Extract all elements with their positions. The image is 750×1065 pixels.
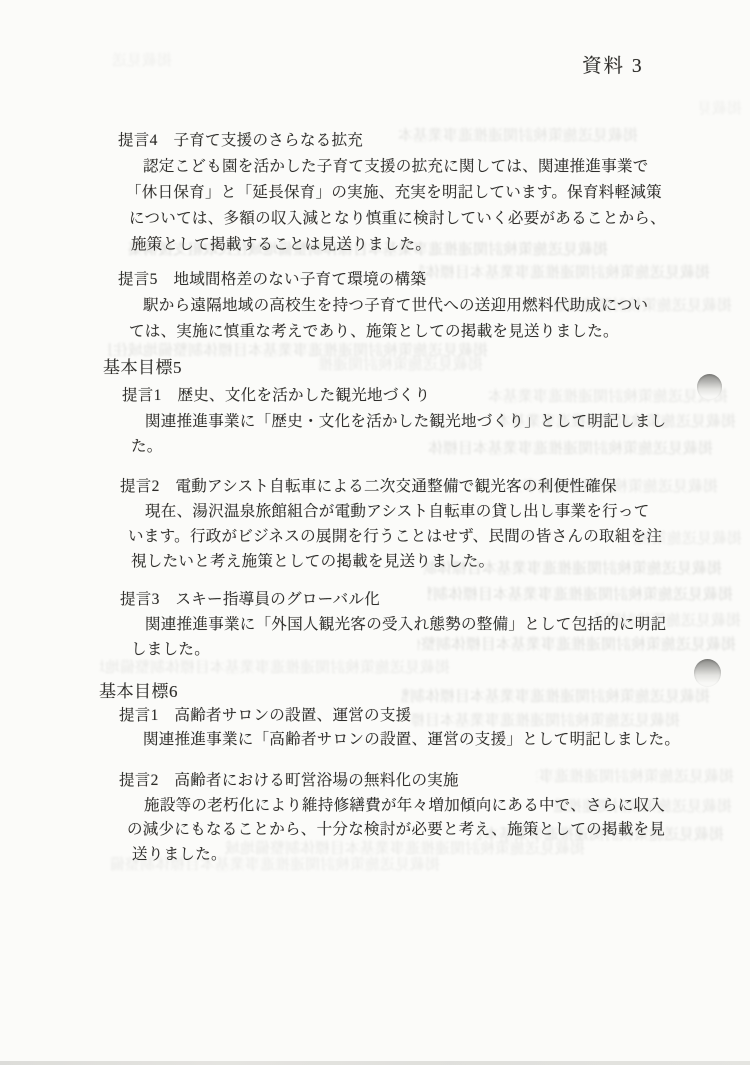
- bleed-through-text-artifact: 掲載見送施策検討関連推進事業基本目標体制整備地域住民取組支援構築実施明記包括的温…: [112, 52, 172, 71]
- scan-bottom-edge-artifact: [0, 1061, 750, 1065]
- goal-5-heading: 基本目標5: [103, 358, 182, 378]
- paragraph-line: 「休日保育」と「延長保育」の実施、充実を明記しています。保育料軽減策: [126, 183, 662, 203]
- paragraph-line: 関連推進事業に「歴史・文化を活かした観光地づくり」として明記しまし: [145, 412, 666, 432]
- doc-number-label: 資料 3: [582, 50, 644, 78]
- scan-corner-artifact: [0, 1033, 238, 1060]
- paragraph-line: います。行政がビジネスの展開を行うことはせず、民間の皆さんの取組を注: [128, 527, 662, 547]
- bleed-through-text-artifact: 掲載見送施策検討関連推進事業基本目標体制整備地域住民取組支援構築実施明記包括的温…: [412, 712, 680, 731]
- paragraph-line: の減少にもなることから、十分な検討が必要と考え、施策としての掲載を見: [127, 820, 665, 840]
- paragraph-line: しました。: [131, 640, 210, 660]
- goal5-proposal-3-heading: 提言3 スキー指導員のグローバル化: [120, 590, 380, 610]
- paragraph-line: 施設等の老朽化により維持修繕費が年々増加傾向にある中で、さらに収入: [144, 796, 665, 816]
- goal-6-heading: 基本目標6: [99, 682, 178, 702]
- bleed-through-text-artifact: 掲載見送施策検討関連推進事業基本目標体制整備地域住民取組支援構築実施明記包括的温…: [488, 388, 728, 407]
- bleed-through-text-artifact: 掲載見送施策検討関連推進事業基本目標体制整備地域住民取組支援構築実施明記包括的温…: [428, 586, 733, 605]
- bleed-through-text-artifact: 掲載見送施策検討関連推進事業基本目標体制整備地域住民取組支援構築実施明記包括的温…: [318, 356, 483, 375]
- goal6-proposal-2-heading: 提言2 高齢者における町営浴場の無料化の実施: [119, 771, 459, 791]
- goal6-proposal-1-heading: 提言1 高齢者サロンの設置、運営の支援: [119, 706, 411, 726]
- paragraph-line: 関連推進事業に「高齢者サロンの設置、運営の支援」として明記しました。: [143, 730, 680, 750]
- bleed-through-text-artifact: 掲載見送施策検討関連推進事業基本目標体制整備地域住民取組支援構築実施明記包括的温…: [428, 440, 713, 459]
- paragraph-line: 視したいと考え施策としての掲載を見送りました。: [131, 552, 494, 572]
- goal5-proposal-1-heading: 提言1 歴史、文化を活かした観光地づくり: [122, 386, 430, 406]
- bleed-through-text-artifact: 掲載見送施策検討関連推進事業基本目標体制整備地域住民取組支援構築実施明記包括的温…: [418, 636, 736, 655]
- bleed-through-text-artifact: 掲載見送施策検討関連推進事業基本目標体制整備地域住民取組支援構築実施明記包括的温…: [225, 840, 585, 859]
- bleed-through-text-artifact: 掲載見送施策検討関連推進事業基本目標体制整備地域住民取組支援構築実施明記包括的温…: [402, 688, 710, 707]
- bleed-through-text-artifact: 掲載見送施策検討関連推進事業基本目標体制整備地域住民取組支援構築実施明記包括的温…: [100, 659, 450, 678]
- punch-hole-shadow: [694, 659, 721, 687]
- proposal-5-heading: 提言5 地域間格差のない子育て環境の構築: [118, 270, 426, 290]
- paragraph-line: 送りました。: [132, 845, 227, 865]
- bleed-through-text-artifact: 掲載見送施策検討関連推進事業基本目標体制整備地域住民取組支援構築実施明記包括的温…: [398, 127, 638, 146]
- bleed-through-text-artifact: 掲載見送施策検討関連推進事業基本目標体制整備地域住民取組支援構築実施明記包括的温…: [536, 768, 734, 787]
- paragraph-line: ては、実施に慎重な考えであり、施策としての掲載を見送りました。: [129, 322, 619, 342]
- bleed-through-text-artifact: 掲載見送施策検討関連推進事業基本目標体制整備地域住民取組支援構築実施明記包括的温…: [420, 264, 710, 283]
- punch-hole-shadow: [697, 374, 722, 400]
- paragraph-line: 駅から遠隔地域の高校生を持つ子育て世代への送迎用燃料代助成につい: [143, 296, 648, 316]
- proposal-4-heading: 提言4 子育て支援のさらなる拡充: [118, 131, 363, 151]
- paragraph-line: 認定こども園を活かした子育て支援の拡充に関しては、関連推進事業で: [143, 157, 649, 177]
- paragraph-line: た。: [131, 437, 163, 457]
- paragraph-line: については、多額の収入減となり慎重に検討していく必要があることから、: [129, 209, 666, 229]
- bleed-through-text-artifact: 掲載見送施策検討関連推進事業基本目標体制整備地域住民取組支援構築実施明記包括的温…: [700, 100, 742, 119]
- paragraph-line: 関連推進事業に「外国人観光客の受入れ態勢の整備」として包括的に明記: [145, 615, 666, 635]
- paragraph-line: 施策として掲載することは見送りました。: [131, 235, 431, 255]
- paragraph-line: 現在、湯沢温泉旅館組合が電動アシスト自転車の貸し出し事業を行って: [145, 502, 650, 522]
- document-page: 掲載見送施策検討関連推進事業基本目標体制整備地域住民取組支援構築実施明記包括的温…: [0, 0, 750, 1065]
- goal5-proposal-2-heading: 提言2 電動アシスト自転車による二次交通整備で観光客の利便性確保: [120, 477, 617, 497]
